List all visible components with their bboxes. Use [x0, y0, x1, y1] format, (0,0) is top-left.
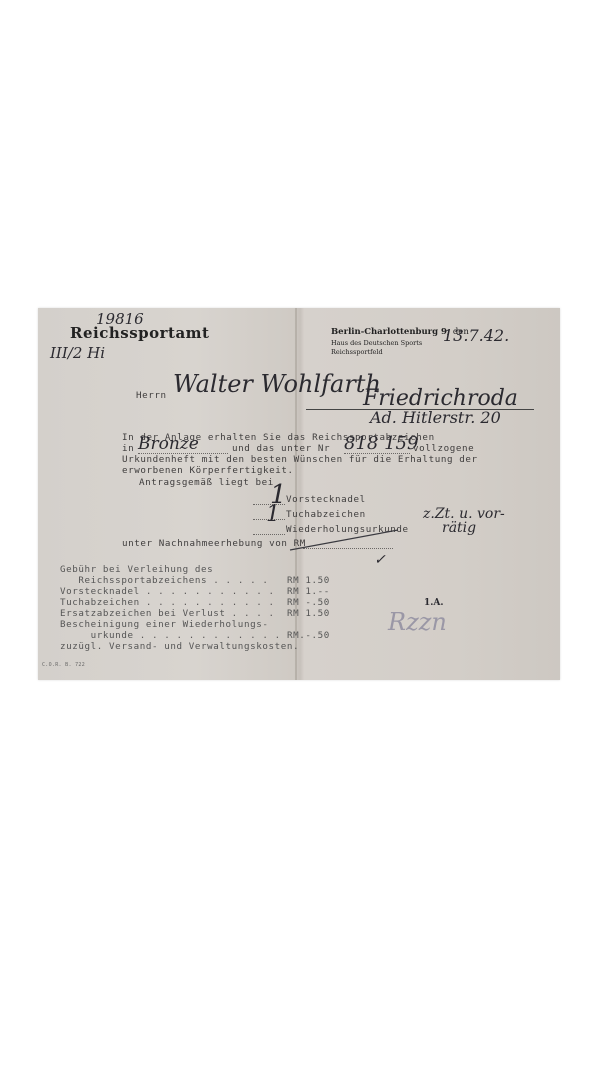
body-line-2-mid: und das unter Nr — [232, 443, 330, 454]
badge-class: Bronze — [138, 434, 199, 454]
item-line-2 — [253, 519, 285, 520]
checkmark: ✓ — [374, 552, 386, 568]
salutation: Herrn — [136, 390, 167, 401]
strike-stroke — [288, 526, 408, 556]
certificate-letter: 19816 Reichssportamt III/2 Hi Berlin-Cha… — [38, 308, 560, 680]
fee-row: Tuchabzeichen . . . . . . . . . . . — [60, 597, 275, 608]
body-line-3: Urkundenheft mit den besten Wünschen für… — [122, 454, 478, 465]
fee-footer: zuzügl. Versand- und Verwaltungskosten. — [60, 641, 299, 652]
address-line-3: Reichssportfeld — [331, 348, 383, 356]
recipient-street: Ad. Hitlerstr. 20 — [370, 408, 501, 427]
quantity-cloth: 1 — [266, 502, 280, 527]
fee-row: Vorstecknadel . . . . . . . . . . . — [60, 586, 275, 597]
fee-amount: RM 1.-- — [287, 586, 330, 597]
fee-amount: RM.-.50 — [287, 630, 330, 641]
body-line-4: erworbenen Körperfertigkeit. — [122, 465, 294, 476]
body-line-2-post: vollzogene — [413, 443, 474, 454]
body-line-5: Antragsgemäß liegt bei — [139, 477, 274, 488]
signature: Rzzn — [388, 608, 447, 636]
fee-heading: Gebühr bei Verleihung des — [60, 564, 213, 575]
cod-line: unter Nachnahmeerhebung von RM — [122, 538, 306, 549]
address-line-2: Haus des Deutschen Sports — [331, 339, 422, 347]
letter-date: 13.7.42. — [443, 326, 509, 345]
fee-amount: RM -.50 — [287, 597, 330, 608]
fee-row: Reichssportabzeichens . . . . . — [60, 575, 268, 586]
fee-amount: RM 1.50 — [287, 608, 330, 619]
recipient-name: Walter Wohlfarth — [173, 370, 381, 398]
note-line-2: rätig — [442, 520, 476, 536]
office-title: Reichssportamt — [70, 324, 209, 342]
body-line-2-pre: in — [122, 443, 134, 454]
item-cloth: Tuchabzeichen — [286, 509, 366, 520]
fee-row: Ersatzabzeichen bei Verlust . . . . — [60, 608, 275, 619]
reference-mark: III/2 Hi — [50, 344, 105, 362]
initials: 1.A. — [424, 598, 444, 608]
fee-row: urkunde . . . . . . . . . . . . — [60, 630, 281, 641]
certificate-number: 818 159 — [344, 433, 418, 454]
item-line-3 — [253, 534, 285, 535]
fee-cert-heading: Bescheinigung einer Wiederholungs- — [60, 619, 268, 630]
form-code: C.O.R. B. 722 — [42, 660, 85, 671]
fee-amount: RM 1.50 — [287, 575, 330, 586]
item-pin: Vorstecknadel — [286, 494, 366, 505]
